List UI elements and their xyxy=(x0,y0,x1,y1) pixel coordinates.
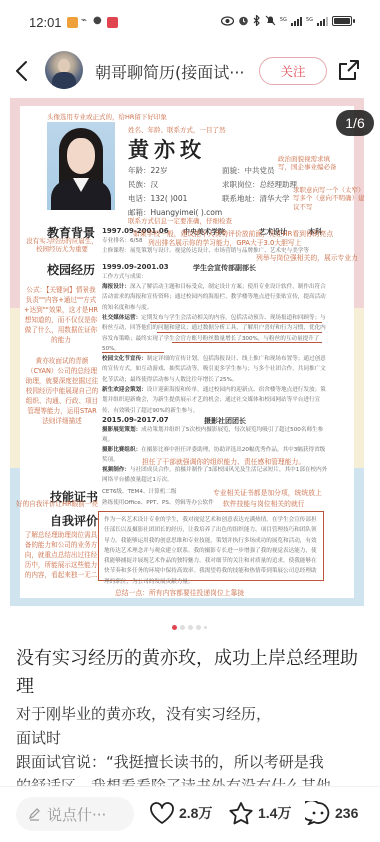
skills-line-1: CET6级、TEM4、计算机二级 xyxy=(102,487,177,497)
star-icon xyxy=(228,801,254,825)
battery-icon xyxy=(332,16,352,26)
target-note: 黄亦玫面试的青颜（CYAN）公司的总经理助理，就要深度挖掘过往校园经历中能展现自… xyxy=(24,356,100,426)
comment-bubble-icon xyxy=(305,801,331,825)
follow-button[interactable]: 关注 xyxy=(259,57,327,85)
heart-icon xyxy=(149,801,175,825)
post-body-line: 对于刚毕业的黄亦玫，没有实习经历， xyxy=(16,702,366,726)
comment-count: 236 xyxy=(335,805,358,821)
course-note: 列举与岗位强相关的，展示专业力 xyxy=(256,254,358,263)
resume-photo xyxy=(47,122,115,210)
app-notification-icon xyxy=(67,17,78,28)
campus-entry-1-period: 1999.09-2001.03 xyxy=(102,263,169,271)
carousel-dot[interactable] xyxy=(180,625,185,630)
like-count: 2.8万 xyxy=(179,803,212,823)
bluetooth-icon xyxy=(253,15,261,26)
formula-note: 公式：【关键词】情景我负责""内容+通过""方式+达到""效果，这才是HR想知道… xyxy=(24,285,98,345)
underline-annotation xyxy=(102,352,164,353)
comment-button[interactable]: 236 xyxy=(305,801,358,825)
carousel-dots xyxy=(172,625,207,630)
skills-note-1: 专业相关证书都是加分项，统统放上 xyxy=(213,489,322,498)
self-eval-box: 作为一名艺术设计专业的学生，我对视觉艺术和创意表达充满热情。在学生会宣传部担任部… xyxy=(98,511,324,581)
political-note: 政治面貌视需求填写，国企事业编必备 xyxy=(278,155,340,172)
underline-annotation xyxy=(172,342,322,343)
alarm-icon xyxy=(238,15,249,26)
author-name[interactable]: 朝哥聊简历(接面试··· xyxy=(95,60,245,83)
link-notification-icon: ⌁ xyxy=(81,15,87,26)
wechat-notification-icon: ● xyxy=(93,15,102,26)
resume-name: 黄亦玫 xyxy=(128,134,206,164)
system-status-icons: 5G 5G xyxy=(221,15,352,26)
pencil-icon xyxy=(28,808,41,821)
job-note: 求职意向写一个（太窄）写多个（意向不明确）建议不写 xyxy=(293,186,365,211)
carousel-dot[interactable] xyxy=(204,626,207,629)
resume-address: 联系地址：清华大学 xyxy=(222,193,290,204)
post-body-line: 跟面试官说：“我挺擅长读书的，所以考研是我 xyxy=(16,750,366,774)
post-title: 没有实习经历的黄亦玫，成功上岸总经理助理 xyxy=(16,645,366,701)
campus-entry-2-item-3: 视频制作：与社团成员合作，拍摄并制作了3部校园风光及生活记录短片，其中1部在校内… xyxy=(102,465,328,486)
carousel-dot[interactable] xyxy=(188,625,193,630)
campus-entry-1-item-4: 新生欢迎会策划：设计迎新海报和传单，通过校园内的迎新点、宿舍楼等地点进行发放；策… xyxy=(102,385,328,416)
resume-political: 面貌：中共党员 xyxy=(222,165,275,176)
rank-note: 列出排名展示你的学习能力，GPA大于3.0大胆写上 xyxy=(148,239,302,248)
post-detail-screen: 12:01 ⌁ ● 5G 5G 朝哥聊简历(接面试··· 关注 1/6 头像选 xyxy=(0,0,380,842)
page-indicator: 1/6 xyxy=(336,110,374,136)
resume-job-target: 求职岗位：总经理助理 xyxy=(222,179,297,190)
comment-input[interactable]: 说点什··· xyxy=(16,797,134,831)
favorite-count: 1.4万 xyxy=(258,803,291,823)
self-eval-top-note: 好的自我评价让HR眼前一亮 xyxy=(16,500,98,509)
campus-title: 校园经历 xyxy=(47,261,95,278)
campus-entry-1-item-1: 海报设计：深入了解活动主题和目标受众，制定设计方案；使用专业设计软件，制作出符合… xyxy=(102,282,328,313)
signal-label-2: 5G xyxy=(306,18,313,23)
campus-entry-1-intro: 工作方式与成果： xyxy=(102,272,147,282)
skills-line-2: 熟练使用Office、PPT、PS、剪辑等办公软件 xyxy=(102,498,214,508)
mute-icon xyxy=(265,15,276,26)
campus-entry-2-period: 2015.09-2017.07 xyxy=(102,416,169,424)
share-icon[interactable] xyxy=(338,59,360,81)
campus-entry-1-item-2: 社交媒体运营：定期发布与学生会活动相关的内容，包括活动预告、现场报道和回顾等；与… xyxy=(102,313,328,354)
signal-5g-icon-2 xyxy=(317,16,328,26)
bottom-action-bar: 说点什··· 2.8万 1.4万 236 xyxy=(0,786,380,842)
summary-note: 总结一点：所有内容都要往投递岗位上靠拢 xyxy=(115,589,244,598)
campus-entry-1-item-3: 校园文化节宣传：制定详细的宣传计划，包括海报设计、线上推广和现场布置等；通过创意… xyxy=(102,354,328,385)
resume-phone: 电话：132( )001 xyxy=(128,193,187,204)
self-eval-left-note: 了解总经理助理岗位需具备的能力和公司的业务方向，就重点总结出过往经历中，所能展示… xyxy=(24,530,98,580)
status-bar: 12:01 ⌁ ● 5G 5G xyxy=(0,0,380,44)
carousel-dot[interactable] xyxy=(196,625,201,630)
comment-placeholder: 说点什··· xyxy=(47,804,106,825)
school-note: 如果学校一般，建议把个人优势评价放前面，先让HR看到你的亮点 xyxy=(133,230,333,239)
education-note: 没有实习经历的应届生，校园经历尤为重要 xyxy=(26,237,98,254)
favorite-button[interactable]: 1.4万 xyxy=(228,801,291,825)
signal-5g-icon xyxy=(291,16,302,26)
red-app-notification-icon xyxy=(107,17,118,28)
underline-annotation xyxy=(157,332,322,333)
skills-note-2: 软件技能与岗位相关的就行 xyxy=(223,500,305,509)
like-button[interactable]: 2.8万 xyxy=(149,801,212,825)
photo-note: 头像选用专业或正式的，给HR留下好印象 xyxy=(47,113,167,121)
back-icon[interactable] xyxy=(12,58,32,84)
author-avatar[interactable] xyxy=(45,51,83,89)
post-body-line: 面试时 xyxy=(16,726,366,750)
resume-ethnicity: 民族：汉 xyxy=(128,179,158,190)
eye-icon xyxy=(221,16,234,26)
resume-age: 年龄：22岁 xyxy=(128,165,168,176)
contact-note: 联系方式信息一定要准确，仔细检查 xyxy=(128,217,232,225)
self-eval-title: 自我评价 xyxy=(50,512,98,529)
signal-label-1: 5G xyxy=(280,18,287,23)
campus-entry-2-item-1: 摄影展览策划：成功策划并组织了5次校内摄影展览，每次展览均吸引了超过500名师生… xyxy=(102,425,328,446)
status-time: 12:01 xyxy=(29,15,62,30)
underline-annotation xyxy=(150,322,322,323)
carousel-dot-active[interactable] xyxy=(172,625,177,630)
campus-entry-1-role: 学生会宣传部副部长 xyxy=(193,263,256,273)
